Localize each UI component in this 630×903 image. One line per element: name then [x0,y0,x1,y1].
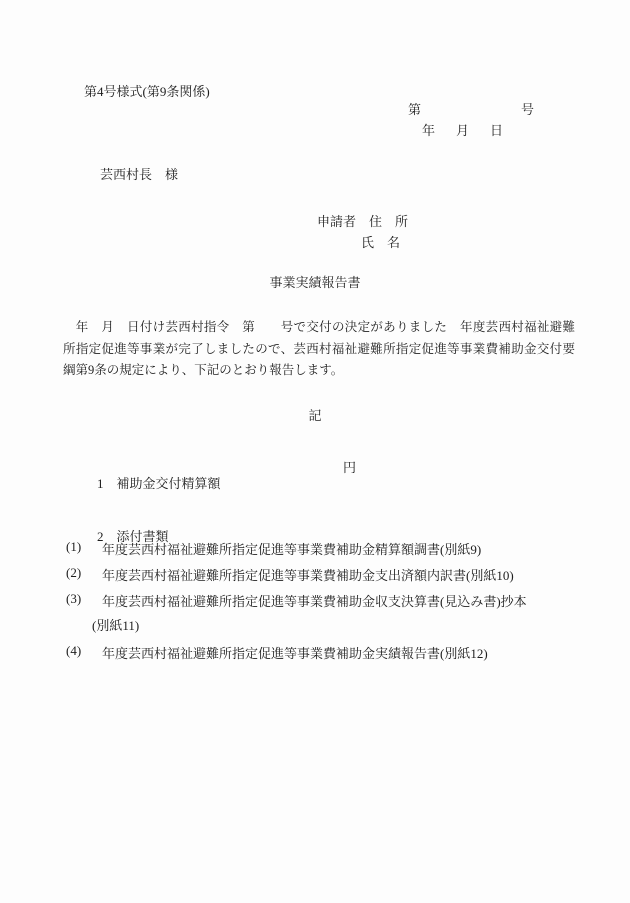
applicant-name-line: 氏 名 [361,232,400,251]
body-line: 所指定促進等事業が完了しましたので、芸西村福祉避難所指定促進等事業費補助金交付要 [63,339,575,361]
item-number: 1 [97,476,104,492]
currency-unit-label: 円 [343,457,356,476]
ki-heading: 記 [0,405,630,424]
attachment-row: (4) 年度芸西村福祉避難所指定促進等事業費補助金実績報告書(別紙12) [66,643,488,662]
attachment-text: 年度芸西村福祉避難所指定促進等事業費補助金収支決算書(見込み書)抄本 [102,591,527,610]
date-month-label: 月 [456,120,469,139]
attachment-number: (3) [66,591,102,610]
attachment-number: (2) [66,565,102,584]
document-title: 事業実績報告書 [0,272,630,291]
item-label: 補助金交付精算額 [117,476,221,491]
applicant-address-line: 申請者 住 所 [317,211,408,230]
date-day-label: 日 [490,120,503,139]
body-line: 綱第9条の規定により、下記のとおり報告します。 [63,360,575,382]
recipient: 芸西村長 様 [100,164,178,183]
form-id: 第4号様式(第9条関係) [84,81,210,100]
doc-number-prefix: 第 [408,99,421,118]
attachment-number: (1) [66,539,102,558]
doc-number-suffix: 号 [521,99,534,118]
attachment-continuation: (別紙11) [92,615,139,634]
body-line: 年 月 日付け芸西村指令 第 号で交付の決定がありました 年度芸西村福祉避難 [63,317,575,339]
date-year-label: 年 [422,120,435,139]
date-line: 年 月 日 [422,120,503,139]
attachment-text: 年度芸西村福祉避難所指定促進等事業費補助金支出済額内訳書(別紙10) [102,565,514,584]
attachment-text: 年度芸西村福祉避難所指定促進等事業費補助金実績報告書(別紙12) [102,643,488,662]
body-paragraph: 年 月 日付け芸西村指令 第 号で交付の決定がありました 年度芸西村福祉避難 所… [63,317,575,382]
attachment-text: 年度芸西村福祉避難所指定促進等事業費補助金精算額調書(別紙9) [102,539,481,558]
doc-number-line: 第 号 [408,99,534,118]
document-page: 第4号様式(第9条関係) 第 号 年 月 日 芸西村長 様 申請者 住 所 氏 … [0,0,630,903]
attachment-row: (3) 年度芸西村福祉避難所指定促進等事業費補助金収支決算書(見込み書)抄本 [66,591,527,610]
attachment-row: (2) 年度芸西村福祉避難所指定促進等事業費補助金支出済額内訳書(別紙10) [66,565,514,584]
attachment-row: (1) 年度芸西村福祉避難所指定促進等事業費補助金精算額調書(別紙9) [66,539,481,558]
attachment-number: (4) [66,643,102,662]
